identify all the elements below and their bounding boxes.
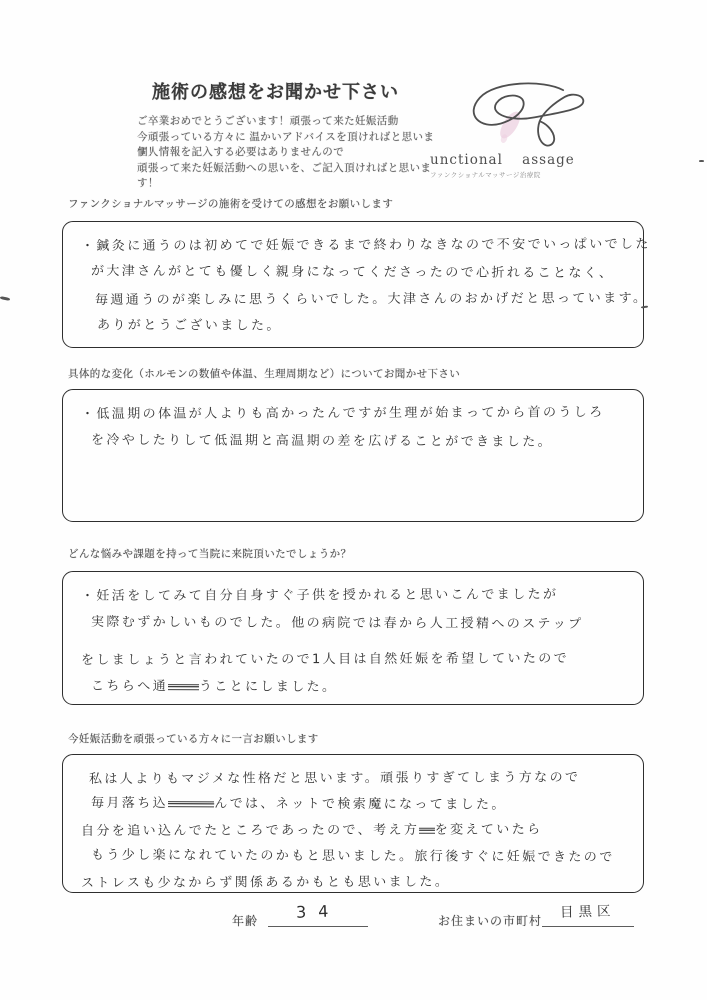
text-segment: 頑張って来た妊娠活動への思いを、ご記入頂ければと思います！	[137, 162, 431, 190]
text-line: ありがとうございました。	[97, 314, 633, 343]
question-label: 具体的な変化（ホルモンの数値や体温、生理周期など）についてお聞かせ下さい	[68, 366, 460, 381]
text-line: 今頑張っている方々に 温かいアドバイスを頂ければと思います！	[137, 130, 437, 146]
text-segment: 毎月落ち込	[91, 796, 168, 811]
text-line: をしましょうと言われていたので1人目は自然妊娠を希望していたので	[81, 647, 633, 677]
text-segment: 毎週通うのが楽しみに思うくらいでした。大津さんのおかげだと思っています。	[95, 291, 648, 308]
text-segment: 実際むずかしいものでした。他の病院では春から人工授精へのステップ	[91, 615, 584, 632]
text-line: 毎月落ち込 んでは、ネットで検索魔になってました。	[91, 792, 633, 820]
text-line: ストレスも少なからず関係あるかもとも思いました。	[81, 870, 633, 898]
text-segment: ・妊活をしてみて自分自身すぐ子供を授かれると思いこんでましたが	[81, 587, 558, 604]
question-label: 今妊娠活動を頑張っている方々に一言お願いします	[68, 731, 319, 746]
question-label: ファンクショナルマッサージの施術を受けての感想をお願いします	[68, 196, 393, 211]
crossed-out-text	[168, 796, 214, 811]
text-segment: もう少し楽になれていたのかもと思いました。旅行後すぐに妊娠できたので	[91, 848, 615, 865]
text-line: 個人情報を記入する必要はありませんので	[137, 145, 437, 161]
ribbon-bow-icon	[448, 78, 598, 150]
text-segment: ストレスも少なからず関係あるかもとも思いました。	[81, 875, 450, 891]
text-segment: を冷やしたりして低温期と高温期の差を広げることができました。	[91, 433, 553, 450]
text-segment: んでは、ネットで検索魔になってました。	[214, 796, 507, 812]
text-segment: ・低温期の体温が人よりも高かったんですが生理が始まってから首のうしろ	[81, 405, 605, 422]
ribbon-outline	[474, 83, 584, 145]
text-segment: を変えていたら	[435, 822, 543, 837]
text-line: ・鍼灸に通うのは初めてで妊娠できるまで終わりなきなので不安でいっぱいでした	[81, 233, 633, 262]
text-line: 頑張って来た妊娠活動への思いを、ご記入頂ければと思います！	[137, 161, 437, 177]
text-line: ご卒業おめでとうございます！頑張って来た妊娠活動	[137, 114, 437, 130]
text-segment: 私は人よりもマジメな性格だと思います。頑張りすぎてしまう方なので	[89, 770, 580, 787]
scan-artifact	[641, 306, 648, 309]
age-label: 年齢	[232, 912, 258, 929]
city-label: お住まいの市町村	[438, 912, 542, 929]
answer-box: ・妊活をしてみて自分自身すぐ子供を授かれると思いこんでましたが実際むずかしいもの…	[62, 571, 644, 705]
scan-artifact	[0, 296, 10, 301]
text-segment: 自分を追い込んでたところであったので、考え方	[81, 823, 419, 839]
intro-text: ご卒業おめでとうございます！頑張って来た妊娠活動今頑張っている方々に 温かいアド…	[137, 114, 437, 176]
answer-box: 私は人よりもマジメな性格だと思います。頑張りすぎてしまう方なので毎月落ち込 んで…	[62, 754, 644, 893]
crossed-out-text	[419, 823, 434, 838]
text-line: こちらへ通 うことにしました。	[91, 675, 633, 705]
text-segment: ・鍼灸に通うのは初めてで妊娠できるまで終わりなきなので不安でいっぱいでした	[81, 237, 651, 254]
text-line: 実際むずかしいものでした。他の病院では春から人工授精へのステップ	[91, 611, 633, 641]
scan-artifact	[699, 160, 704, 162]
text-segment: ご卒業おめでとうございます！頑張って来た妊娠活動	[137, 115, 399, 127]
text-line: 毎週通うのが楽しみに思うくらいでした。大津さんのおかげだと思っています。	[95, 287, 633, 316]
text-line: 自分を追い込んでたところであったので、考え方 を変えていたら	[81, 818, 633, 846]
text-segment: ありがとうございました。	[97, 318, 282, 334]
text-segment: 個人情報を記入する必要はありませんので	[137, 146, 344, 158]
answer-box: ・鍼灸に通うのは初めてで妊娠できるまで終わりなきなので不安でいっぱいでしたが大津…	[62, 221, 644, 348]
crossed-out-text	[168, 679, 199, 694]
text-line: 私は人よりもマジメな性格だと思います。頑張りすぎてしまう方なので	[89, 766, 633, 794]
text-line: もう少し楽になれていたのかもと思いました。旅行後すぐに妊娠できたので	[91, 844, 633, 872]
text-segment: こちらへ通	[91, 679, 168, 694]
text-line: が大津さんがとても優しく親身になってくださったので心折れることなく、	[91, 260, 633, 289]
city-value: 目黒区	[560, 899, 616, 920]
text-segment: うことにしました。	[199, 679, 338, 695]
scanned-feedback-form: 施術の感想をお聞かせ下さい ご卒業おめでとうございます！頑張って来た妊娠活動今頑…	[0, 0, 707, 1000]
logo-subtext: ファンクショナルマッサージ治療院	[430, 170, 615, 179]
age-value: 34	[296, 901, 341, 922]
question-label: どんな悩みや課題を持って当院に来院頂いたでしょうか？	[68, 546, 351, 561]
form-title: 施術の感想をお聞かせ下さい	[152, 78, 399, 104]
text-line: を冷やしたりして低温期と高温期の差を広げることができました。	[91, 429, 633, 459]
text-segment: をしましょうと言われていたので1人目は自然妊娠を希望していたので	[81, 651, 569, 668]
logo-wordmark: unctional assage	[430, 152, 615, 168]
text-line: ・低温期の体温が人よりも高かったんですが生理が始まってから首のうしろ	[81, 401, 633, 431]
clinic-logo: unctional assage ファンクショナルマッサージ治療院	[430, 78, 615, 179]
answer-box: ・低温期の体温が人よりも高かったんですが生理が始まってから首のうしろを冷やしたり…	[62, 389, 644, 522]
text-segment: が大津さんがとても優しく親身になってくださったので心折れることなく、	[91, 264, 614, 281]
text-line: ・妊活をしてみて自分自身すぐ子供を授かれると思いこんでましたが	[81, 583, 633, 613]
